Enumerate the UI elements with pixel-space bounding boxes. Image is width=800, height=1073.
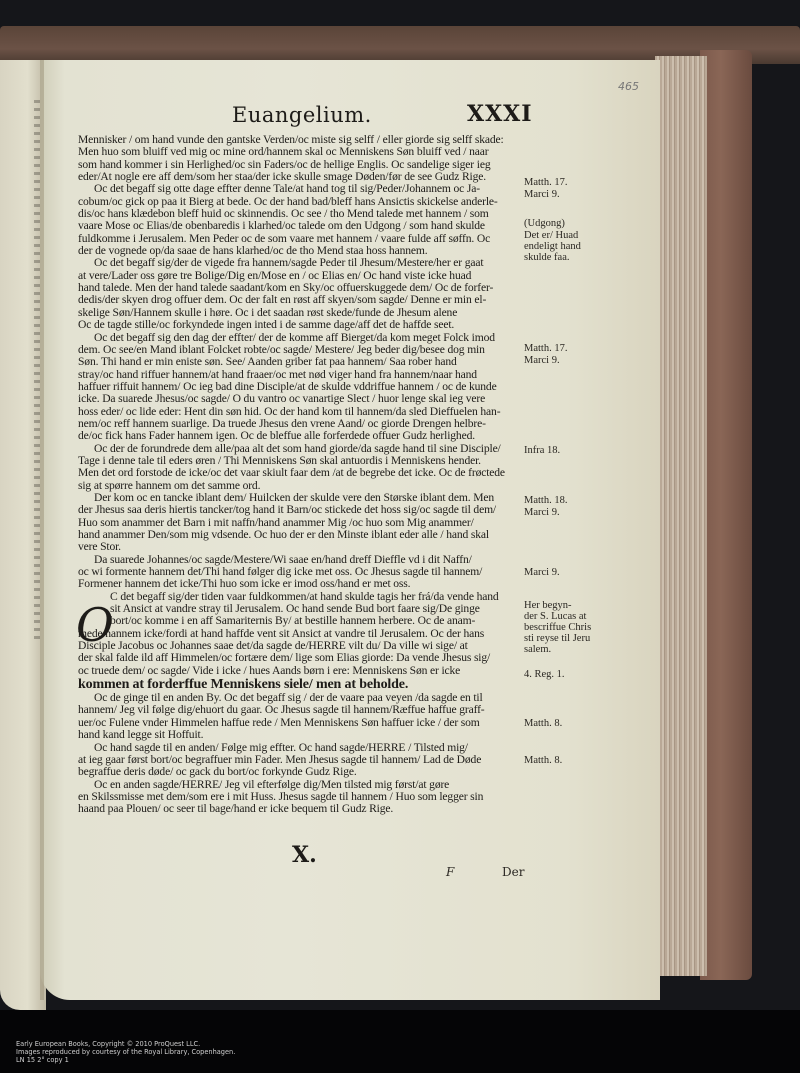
- credit-line-3: LN 15 2° copy 1: [16, 1056, 235, 1064]
- running-title: Euangelium.: [232, 103, 372, 127]
- text-line: cobum/oc gick op paa it Bierg at bede. O…: [78, 196, 520, 208]
- text-line: begraffue deris døde/ oc gack du bort/oc…: [78, 766, 520, 778]
- margin-note: Matth. 8.: [524, 718, 562, 730]
- text-line: Da suarede Johannes/oc sagde/Mestere/Wi …: [78, 554, 520, 566]
- text-line: fuldkomme i Jerusalem. Men Peder oc de s…: [78, 233, 520, 245]
- text-line: nem/oc reff hannem suarlige. Da truede J…: [78, 418, 520, 430]
- margin-note: der S. Lucas at: [524, 611, 586, 623]
- text-line: Formener hannem det icke/Thi huo som ick…: [78, 578, 520, 590]
- gutter: [40, 60, 44, 1000]
- folio-numeral: XXXI: [467, 101, 533, 127]
- margin-note: Marci 9.: [524, 355, 560, 367]
- text-line: haand paa Plouen/ oc seer til bage/hand …: [78, 803, 520, 815]
- margin-note: Marci 9.: [524, 507, 560, 519]
- margin-note: (Udgong): [524, 218, 565, 230]
- text-line: vaare Mose oc Elias/de obenbaredis i kla…: [78, 220, 520, 232]
- text-line: Men det ord forstode de icke/oc det vaar…: [78, 467, 520, 479]
- text-line: Oc det begaff sig den dag der effter/ de…: [78, 332, 520, 344]
- text-line: Oc der de forundrede dem alle/paa alt de…: [78, 443, 520, 455]
- text-line: Oc det begaff sig/der de vigede fra hann…: [78, 257, 520, 269]
- text-line: oc truede dem/ oc sagde/ Vide i icke / h…: [78, 665, 520, 677]
- margin-note: salem.: [524, 644, 551, 656]
- text-line: Huo som anammer det Barn i mit naffn/han…: [78, 517, 520, 529]
- text-line: vere Stor.: [78, 541, 520, 553]
- text-line: uer/oc Fulene vnder Himmelen haffue rede…: [78, 717, 520, 729]
- text-line: Oc de tagde stille/oc forkyndede ingen i…: [78, 319, 520, 331]
- margin-note: skulde faa.: [524, 252, 569, 264]
- text-line: hannem/ Jeg vil følge dig/ehuort du gaar…: [78, 704, 520, 716]
- text-line: mede hannem icke/fordi at hand haffde ve…: [78, 628, 520, 640]
- text-line: der Jhesus saa deris hiertis tancker/tog…: [78, 504, 520, 516]
- margin-note: Her begyn-: [524, 600, 572, 612]
- margin-note: 4. Reg. 1.: [524, 669, 565, 681]
- text-line: eder/At nogle ere aff dem/som her staa/d…: [78, 171, 520, 183]
- body-text: Mennisker / om hand vunde den gantske Ve…: [78, 134, 520, 816]
- text-line: oc wi formente hannem det/Thi hand følge…: [78, 566, 520, 578]
- text-line: sig at spørre hannem om det samme ord.: [78, 480, 520, 492]
- pencil-folio-number: 465: [618, 80, 639, 93]
- text-line: en Skilssmisse met dem/som ere i mit Hus…: [78, 791, 520, 803]
- margin-note: Det er/ Huad: [524, 230, 578, 242]
- margin-note: bescriffue Chris: [524, 622, 591, 634]
- text-line: der skal falde ild aff Himmelen/oc fortæ…: [78, 652, 520, 664]
- text-line: sit Ansict at vandre stray til Jerusalem…: [78, 603, 520, 615]
- text-line: Tage i denne tale til eders øren / Thi M…: [78, 455, 520, 467]
- margin-note: Marci 9.: [524, 567, 560, 579]
- text-line: hand talede. Men der hand talede saadant…: [78, 282, 520, 294]
- text-line: de/oc fick hans Fader hannem igen. Oc de…: [78, 430, 520, 442]
- credit-line-1: Early European Books, Copyright © 2010 P…: [16, 1040, 235, 1048]
- text-line: icke. Da suarede Jhesus/oc sagde/ O du v…: [78, 393, 520, 405]
- margin-note: Matth. 17.: [524, 177, 567, 189]
- text-line: hand kand legge sit Hoffuit.: [78, 729, 520, 741]
- text-line: kommen at forderffue Menniskens siele/ m…: [78, 677, 520, 692]
- text-line: dedis/der skyen drog offuer dem. Oc der …: [78, 294, 520, 306]
- margin-note: Marci 9.: [524, 189, 560, 201]
- text-line: stray/oc hand riffuer hannem/at hand fra…: [78, 369, 520, 381]
- text-line: skelige Søn/Hannem skulle i høre. Oc i d…: [78, 307, 520, 319]
- margin-note: endeligt hand: [524, 241, 581, 253]
- text-line: Mennisker / om hand vunde den gantske Ve…: [78, 134, 520, 146]
- margin-note: Matth. 17.: [524, 343, 567, 355]
- margin-note: Matth. 18.: [524, 495, 567, 507]
- text-line: Der kom oc en tancke iblant dem/ Huilcke…: [78, 492, 520, 504]
- text-line: der de vognede op/da saae de hans klarhe…: [78, 245, 520, 257]
- text-line: Oc det begaff sig otte dage effter denne…: [78, 183, 520, 195]
- page-header: Euangelium. XXXI: [80, 103, 540, 133]
- text-line: dem. Oc see/en Mand iblant Folcket robte…: [78, 344, 520, 356]
- text-line: hand anammer Den/som mig vdsende. Oc huo…: [78, 529, 520, 541]
- text-line: haffuer riffuit hannem/ Oc ieg bad dine …: [78, 381, 520, 393]
- text-line: som hand kommer i sin Herlighed/oc sin F…: [78, 159, 520, 171]
- credit-line-2: Images reproduced by courtesy of the Roy…: [16, 1048, 235, 1056]
- margin-note: sti reyse til Jeru: [524, 633, 590, 645]
- text-line: C det begaff sig/der tiden vaar fuldkomm…: [78, 591, 520, 603]
- text-line: hoss eder/ oc lide eder: Hent din søn hi…: [78, 406, 520, 418]
- catchword: Der: [502, 865, 524, 879]
- margin-note: Infra 18.: [524, 445, 560, 457]
- copyright-credits: Early European Books, Copyright © 2010 P…: [16, 1040, 235, 1065]
- text-line: Oc de ginge til en anden By. Oc det bega…: [78, 692, 520, 704]
- book-cover-right: [700, 50, 752, 980]
- text-line: Disciple Jacobus oc Johannes saae det/da…: [78, 640, 520, 652]
- text-line: bort/oc komme i en aff Samariternis By/ …: [78, 615, 520, 627]
- text-line: dis/oc hans klædebon bleff huid oc skinn…: [78, 208, 520, 220]
- text-line: Oc hand sagde til en anden/ Følge mig ef…: [78, 742, 520, 754]
- text-line: at ieg gaar først bort/oc begraffuer min…: [78, 754, 520, 766]
- text-line: at vere/Lader oss gøre tre Bolige/Dig en…: [78, 270, 520, 282]
- text-line: Men huo som bluiff ved mig oc mine ord/h…: [78, 146, 520, 158]
- text-line: Søn. Thi hand er min eniste søn. See/ Aa…: [78, 356, 520, 368]
- text-line: Oc en anden sagde/HERRE/ Jeg vil efterfø…: [78, 779, 520, 791]
- signature-mark: F: [446, 865, 454, 879]
- page-edges: [655, 56, 707, 976]
- margin-note: Matth. 8.: [524, 755, 562, 767]
- chapter-heading: X.: [292, 842, 317, 868]
